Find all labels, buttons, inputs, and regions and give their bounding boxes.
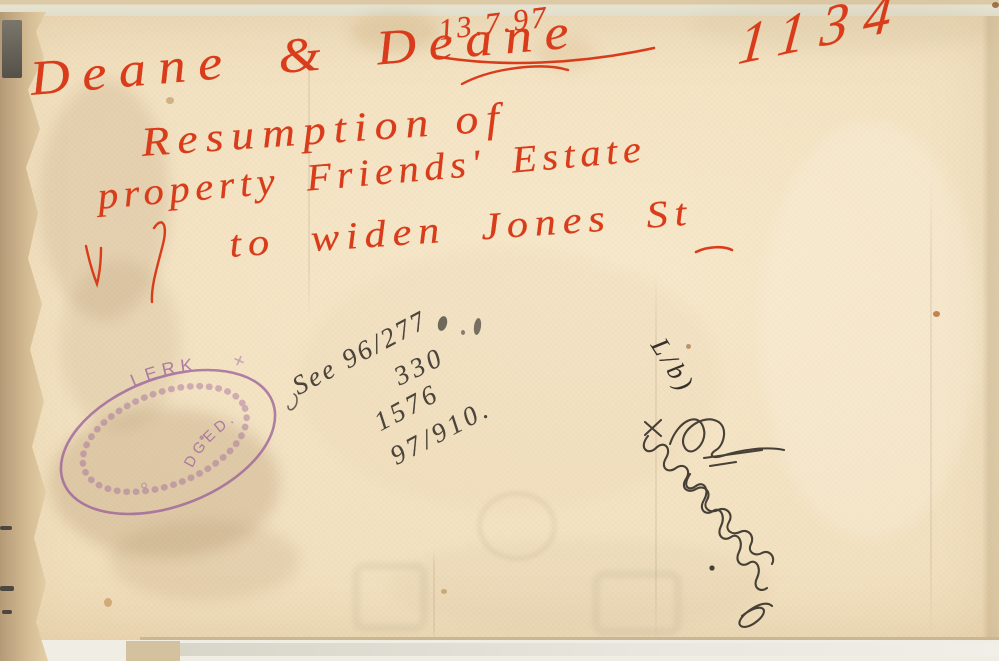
freckle	[933, 311, 940, 317]
stamp-small-ring	[141, 482, 147, 488]
pin-mark	[0, 526, 12, 530]
red-tick-marks	[76, 214, 206, 314]
crease	[930, 180, 932, 642]
annotation-squiggle	[644, 436, 773, 564]
ghost-mark	[352, 562, 428, 632]
stamp-scallop-ring	[68, 365, 262, 513]
freckle	[441, 589, 447, 594]
crease	[433, 548, 435, 644]
stamp-plus-mark	[235, 356, 244, 365]
dark-fragment	[2, 20, 22, 78]
bottom-sheet-line	[140, 637, 999, 640]
freckle	[992, 2, 999, 8]
ghost-ring	[478, 492, 556, 560]
bottom-sheet-tab	[126, 641, 180, 661]
clerk-stamp: LERK DGED.	[38, 346, 298, 546]
freckle	[686, 344, 691, 349]
red-flourish	[458, 58, 573, 92]
paper-right-edge	[982, 16, 999, 646]
annotation-flourish	[739, 604, 772, 627]
small-ink-tick	[284, 390, 304, 414]
annotation-squiggle	[686, 474, 767, 590]
annotation-dot	[710, 566, 713, 569]
x-mark	[645, 420, 661, 436]
pin-mark	[0, 586, 14, 591]
pin-mark	[2, 610, 12, 614]
red-stroke	[694, 240, 734, 260]
signature-scribble	[670, 419, 784, 457]
side-annotation-scribbles	[608, 392, 858, 642]
freckle	[104, 598, 112, 607]
freckle	[166, 97, 174, 104]
document-photo: 13.7.97 1134 Deane & Deane Resumption of…	[0, 0, 999, 661]
ink-blot	[461, 330, 465, 335]
bottom-sheet-strip	[180, 643, 999, 656]
